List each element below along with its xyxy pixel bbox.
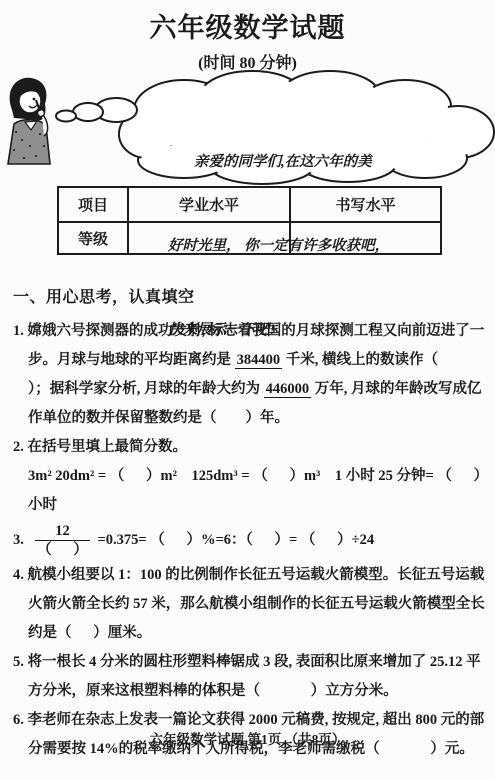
cloud-message-line: 好时光里， 你一定有许多收获吧， [168, 232, 453, 260]
question-3-number: 3. [13, 526, 31, 555]
question-2: 2. 在括号里填上最简分数。 [13, 433, 489, 462]
score-header-item: 项目 [58, 187, 128, 222]
question-3-equation: =0.375= （ ）%=6：（ ）= （ ）÷24 [94, 526, 374, 555]
cloud-message-line: 快来展示一下吧! [168, 316, 453, 344]
thought-bubbles [56, 98, 137, 122]
cloud-message-line: 亲爱的同学们,在这六年的美 [168, 148, 453, 176]
score-row-label: 等级 [58, 222, 128, 254]
fraction-denominator: （ ） [35, 540, 90, 559]
question-5: 5. 将一根长 4 分米的圆柱形塑料棒锯成 3 段, 表面积比原来增加了 25.… [13, 648, 489, 706]
fraction-numerator: 12 [51, 522, 74, 540]
test-paper-page: 六年级数学试题 (时间 80 分钟) [0, 0, 495, 780]
page-footer: 六年级数学试题 第1页 （共8页） [0, 728, 495, 748]
teacher-illustration [8, 78, 50, 164]
cloud-message: 亲爱的同学们,在这六年的美 好时光里， 你一定有许多收获吧， 快来展示一下吧! [168, 92, 453, 400]
fraction: 12 （ ） [35, 522, 90, 559]
question-3: 3. 12 （ ） =0.375= （ ）%=6：（ ）= （ ）÷24 [13, 522, 489, 559]
question-4: 4. 航模小组要以 1：100 的比例制作长征五号运载火箭模型。长征五号运载火箭… [13, 561, 489, 648]
page-title: 六年级数学试题 [0, 6, 495, 45]
question-2-formulas: 3m² 20dm² = （ ）m² 125dm³ = （ ）m³ 1 小时 25… [13, 462, 489, 520]
